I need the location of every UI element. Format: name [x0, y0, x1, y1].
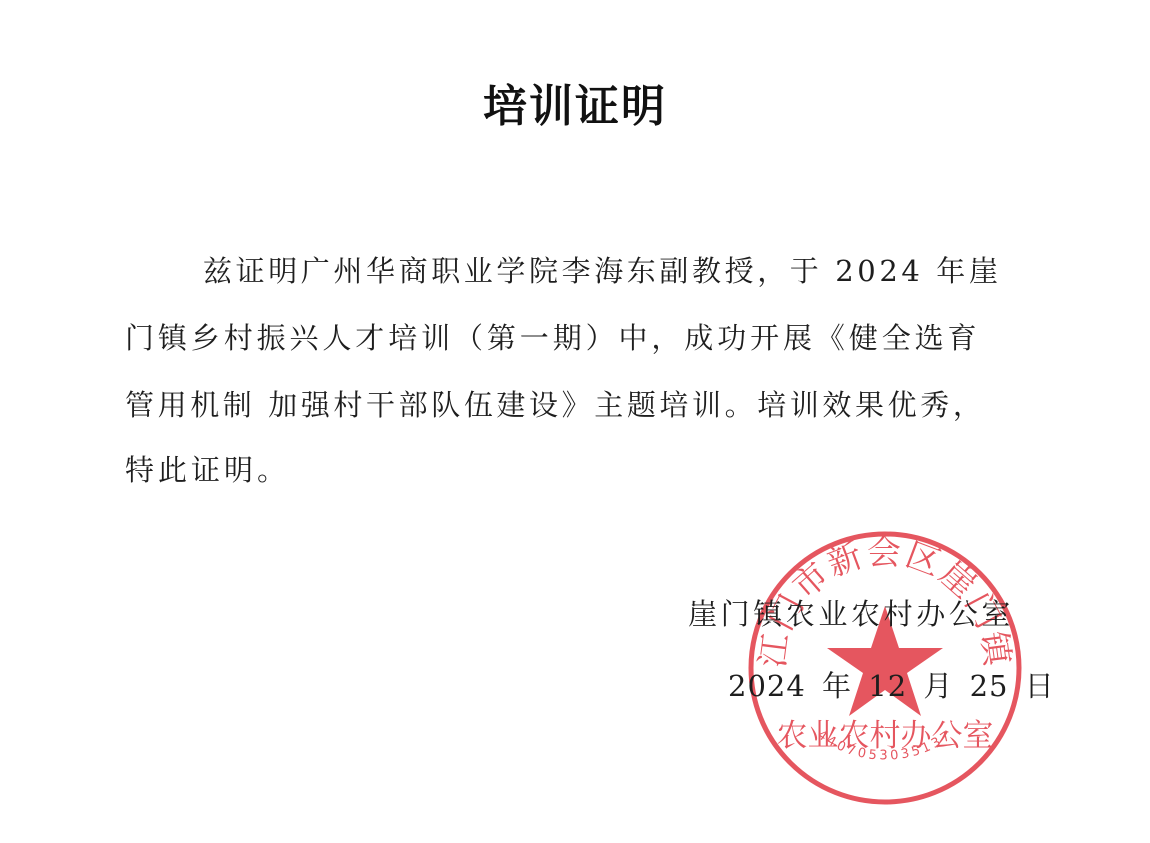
issuer-signature: 崖门镇农业农村办公室 [688, 592, 1014, 633]
body-line-1: 兹证明广州华商职业学院李海东副教授，于 2024 年崖 [203, 249, 1128, 290]
body-line-2: 门镇乡村振兴人才培训（第一期）中，成功开展《健全选育 [125, 316, 1050, 357]
document-title: 培训证明 [0, 70, 1150, 134]
body-line-3: 管用机制 加强村干部队伍建设》主题培训。培训效果优秀， [125, 383, 1050, 424]
issue-date: 2024 年 12 月 25 日 [728, 664, 1055, 705]
body-line-4: 特此证明。 [125, 448, 1050, 489]
